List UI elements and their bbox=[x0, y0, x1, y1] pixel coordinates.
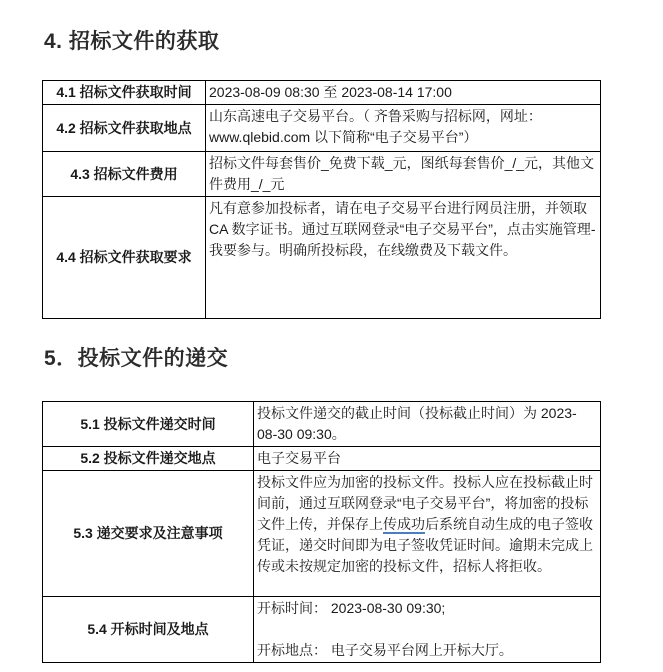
row-label-4-1: 4.1 招标文件获取时间 bbox=[43, 81, 206, 105]
row-label-4-3: 4.3 招标文件费用 bbox=[43, 152, 206, 197]
table-row: 4.2 招标文件获取地点 山东高速电子交易平台。（ 齐鲁采购与招标网，网址：ww… bbox=[43, 105, 601, 152]
section-4-heading: 4. 招标文件的获取 bbox=[44, 0, 663, 55]
row-label-5-4: 5.4 开标时间及地点 bbox=[43, 597, 254, 663]
table-row: 4.1 招标文件获取时间 2023-08-09 08:30 至 2023-08-… bbox=[43, 81, 601, 105]
table-row: 5.4 开标时间及地点 开标时间： 2023-08-30 09:30; 开标地点… bbox=[43, 597, 601, 663]
row-label-5-1: 5.1 投标文件递交时间 bbox=[43, 402, 254, 447]
table-row: 4.4 招标文件获取要求 凡有意参加投标者，请在电子交易平台进行网员注册，并领取… bbox=[43, 197, 601, 319]
row-content-4-4: 凡有意参加投标者，请在电子交易平台进行网员注册，并领取 CA 数字证书。通过互联… bbox=[206, 197, 601, 319]
row-content-5-2: 电子交易平台 bbox=[254, 447, 601, 471]
row-label-5-3: 5.3 递交要求及注意事项 bbox=[43, 471, 254, 597]
row-content-5-4: 开标时间： 2023-08-30 09:30; 开标地点： 电子交易平台网上开标… bbox=[254, 597, 601, 663]
table-row: 4.3 招标文件费用 招标文件每套售价_免费下载_元，图纸每套售价_/_元，其他… bbox=[43, 152, 601, 197]
section-5-heading: 5．投标文件的递交 bbox=[44, 345, 663, 372]
bid-document-acquisition-table: 4.1 招标文件获取时间 2023-08-09 08:30 至 2023-08-… bbox=[42, 80, 601, 319]
bid-opening-time-line: 开标时间： 2023-08-30 09:30; bbox=[257, 598, 596, 619]
row-content-5-1: 投标文件递交的截止时间（投标截止时间）为 2023-08-30 09:30。 bbox=[254, 402, 601, 447]
upload-success-underlined-text: 传成功 bbox=[383, 516, 425, 534]
row-content-4-3: 招标文件每套售价_免费下载_元，图纸每套售价_/_元，其他文件费用_/_元 bbox=[206, 152, 601, 197]
row-label-4-2: 4.2 招标文件获取地点 bbox=[43, 105, 206, 152]
table-row: 5.2 投标文件递交地点 电子交易平台 bbox=[43, 447, 601, 471]
row-label-4-4: 4.4 招标文件获取要求 bbox=[43, 197, 206, 319]
table-row: 5.1 投标文件递交时间 投标文件递交的截止时间（投标截止时间）为 2023-0… bbox=[43, 402, 601, 447]
row-label-5-2: 5.2 投标文件递交地点 bbox=[43, 447, 254, 471]
row-content-4-1: 2023-08-09 08:30 至 2023-08-14 17:00 bbox=[206, 81, 601, 105]
bid-opening-place-line: 开标地点： 电子交易平台网上开标大厅。 bbox=[257, 640, 596, 661]
table-row: 5.3 递交要求及注意事项 投标文件应为加密的投标文件。投标人应在投标截止时间前… bbox=[43, 471, 601, 597]
row-content-4-2: 山东高速电子交易平台。（ 齐鲁采购与招标网，网址：www.qlebid.com … bbox=[206, 105, 601, 152]
row-content-5-3: 投标文件应为加密的投标文件。投标人应在投标截止时间前，通过互联网登录“电子交易平… bbox=[254, 471, 601, 597]
bid-submission-table: 5.1 投标文件递交时间 投标文件递交的截止时间（投标截止时间）为 2023-0… bbox=[42, 401, 601, 663]
